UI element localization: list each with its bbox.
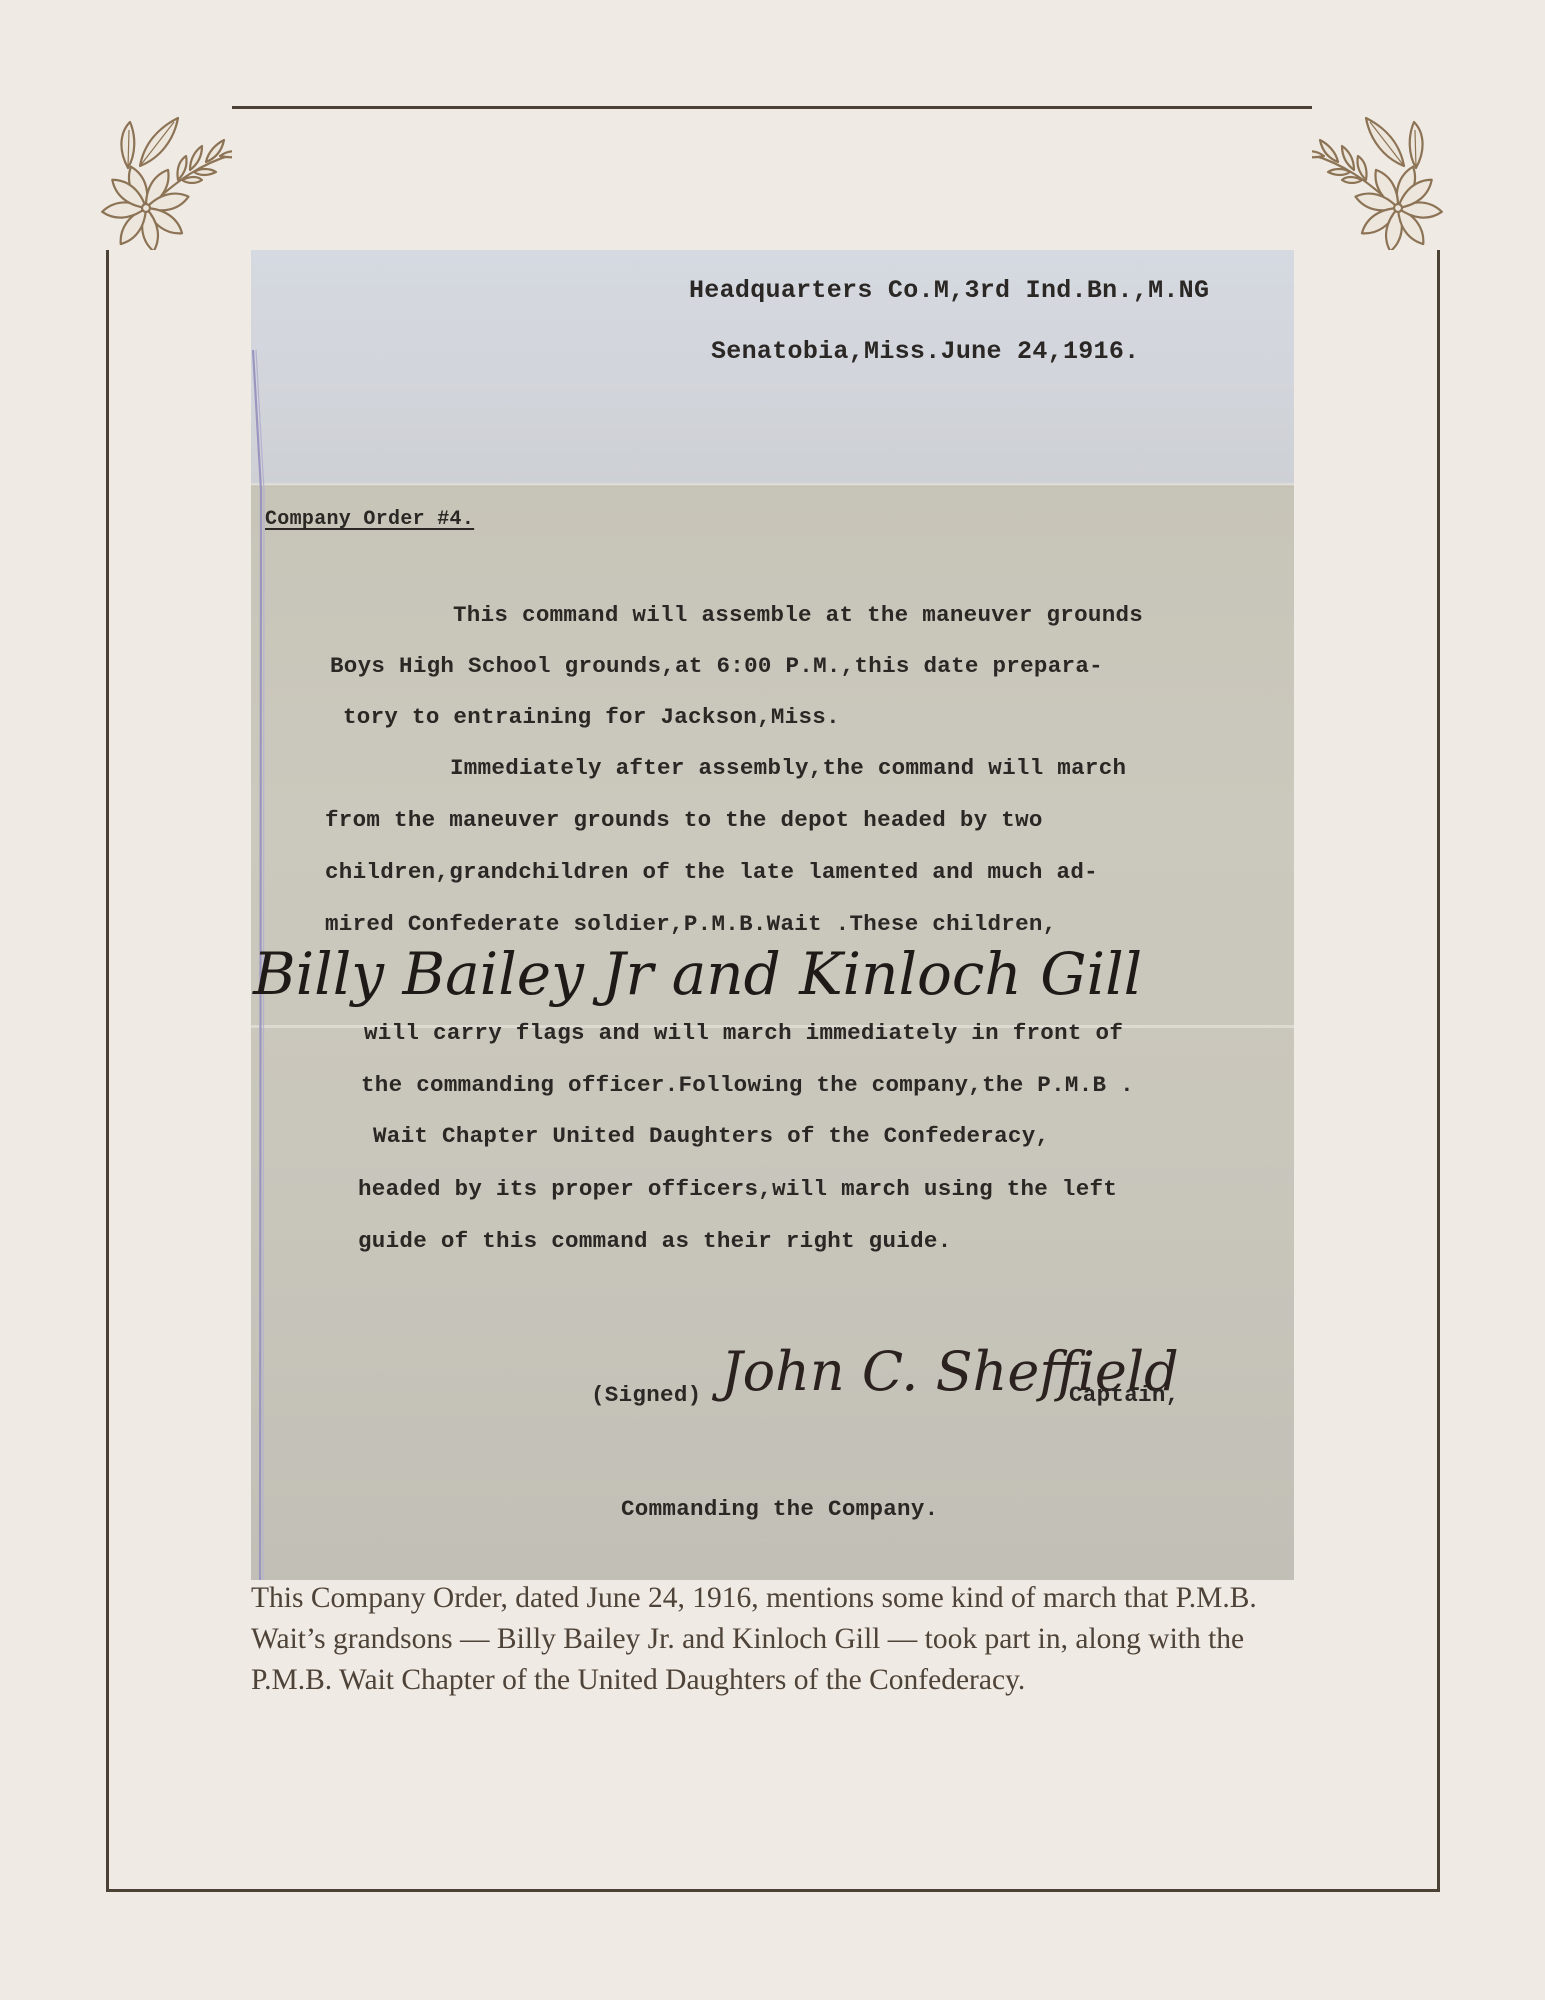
signer-title: Captain,	[1069, 1382, 1179, 1408]
handwritten-names: Billy Bailey Jr and Kinloch Gill	[253, 940, 1142, 1008]
margin-rule-line	[251, 250, 291, 1580]
floral-branch-icon	[82, 100, 232, 250]
floral-corner-ornament-top-left	[82, 100, 232, 250]
paragraph-3-line-5: guide of this command as their right gui…	[358, 1228, 952, 1254]
paragraph-2-line-3: children,grandchildren of the late lamen…	[325, 859, 1098, 885]
paragraph-2-line-4: mired Confederate soldier,P.M.B.Wait .Th…	[325, 911, 1057, 937]
signed-label: (Signed)	[591, 1382, 701, 1408]
paragraph-1-line-1: This command will assemble at the maneuv…	[453, 602, 1143, 628]
paragraph-2-line-2: from the maneuver grounds to the depot h…	[325, 807, 1043, 833]
paragraph-3-line-4: headed by its proper officers,will march…	[358, 1176, 1117, 1202]
paragraph-1-line-2: Boys High School grounds,at 6:00 P.M.,th…	[330, 653, 1103, 679]
photo-caption: This Company Order, dated June 24, 1916,…	[251, 1578, 1301, 1701]
paper-fold-line	[251, 482, 1294, 487]
paragraph-2-line-1: Immediately after assembly,the command w…	[450, 755, 1126, 781]
floral-branch-icon	[1312, 100, 1462, 250]
paragraph-3-line-3: Wait Chapter United Daughters of the Con…	[373, 1123, 1049, 1149]
paragraph-3-line-1: will carry flags and will march immediat…	[364, 1020, 1123, 1046]
order-title: Company Order #4.	[265, 508, 474, 531]
letterhead-place-date: Senatobia,Miss.June 24,1916.	[711, 337, 1139, 366]
paragraph-1-line-3: tory to entraining for Jackson,Miss.	[343, 704, 840, 730]
floral-corner-ornament-top-right	[1312, 100, 1462, 250]
paragraph-3-line-2: the commanding officer.Following the com…	[361, 1072, 1134, 1098]
document-photograph: Headquarters Co.M,3rd Ind.Bn.,M.NG Senat…	[251, 250, 1294, 1580]
closing-line: Commanding the Company.	[621, 1496, 938, 1522]
letterhead-unit: Headquarters Co.M,3rd Ind.Bn.,M.NG	[689, 276, 1209, 305]
